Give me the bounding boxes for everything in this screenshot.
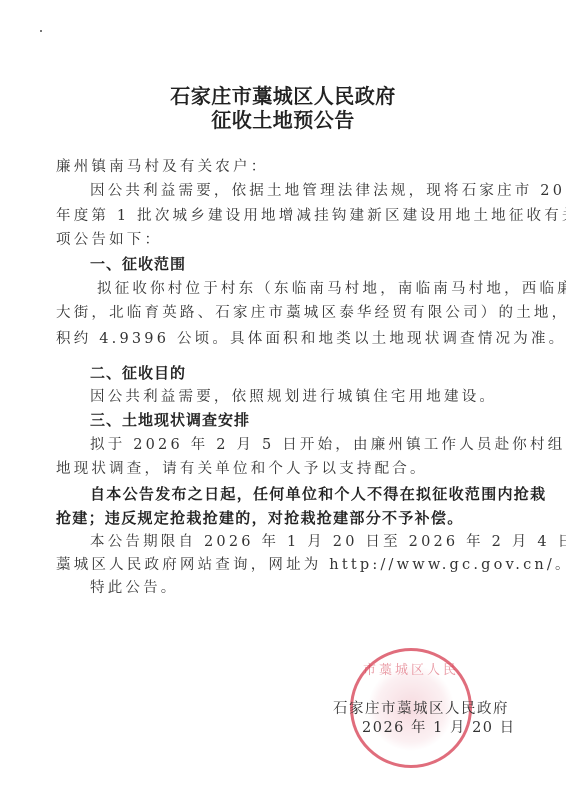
- section-1-line-1: 拟征收你村位于村东（东临南马村地，南临南马村地，西临廉西: [97, 279, 557, 299]
- signature-date: 2026 年 1 月 20 日: [362, 716, 516, 737]
- signature-issuer: 石家庄市藁城区人民政府: [333, 697, 509, 718]
- section-2-line-1: 因公共利益需要，依照规划进行城镇住宅用地建设。: [90, 387, 550, 407]
- intro-line-3: 项公告如下：: [56, 230, 516, 250]
- seal-text: 市藁城区人民: [353, 659, 469, 678]
- scan-speck: [40, 30, 42, 32]
- section-heading-2: 二、征收目的: [90, 363, 550, 383]
- title-line-1: 石家庄市藁城区人民政府: [0, 84, 566, 108]
- section-1-line-3: 积约 4.9396 公顷。具体面积和地类以土地现状调查情况为准。: [56, 329, 516, 349]
- section-heading-3: 三、土地现状调查安排: [90, 410, 550, 430]
- closing: 特此公告。: [90, 578, 550, 598]
- period-line-1: 本公告期限自 2026 年 1 月 20 日至 2026 年 2 月 4 日。本…: [90, 532, 550, 552]
- intro-line-2: 年度第 1 批次城乡建设用地增减挂钩建新区建设用地土地征收有关事: [56, 206, 516, 226]
- section-3-line-2: 地现状调查，请有关单位和个人予以支持配合。: [56, 459, 516, 479]
- section-1-line-2: 大街，北临育英路、石家庄市藁城区泰华经贸有限公司）的土地，面: [56, 303, 516, 323]
- section-heading-1: 一、征收范围: [90, 254, 550, 274]
- title-line-2: 征收土地预公告: [0, 108, 566, 132]
- intro-line-1: 因公共利益需要，依据土地管理法律法规，现将石家庄市 2026: [90, 181, 550, 201]
- section-3-line-1: 拟于 2026 年 2 月 5 日开始，由廉州镇工作人员赴你村组织开展土: [90, 435, 550, 455]
- warning-line-2: 抢建；违反规定抢栽抢建的，对抢栽抢建部分不予补偿。: [56, 508, 516, 528]
- period-line-2: 藁城区人民政府网站查询，网址为 http://www.gc.gov.cn/。: [56, 555, 516, 575]
- addressee: 廉州镇南马村及有关农户：: [56, 157, 516, 177]
- warning-line-1: 自本公告发布之日起，任何单位和个人不得在拟征收范围内抢栽: [90, 484, 550, 504]
